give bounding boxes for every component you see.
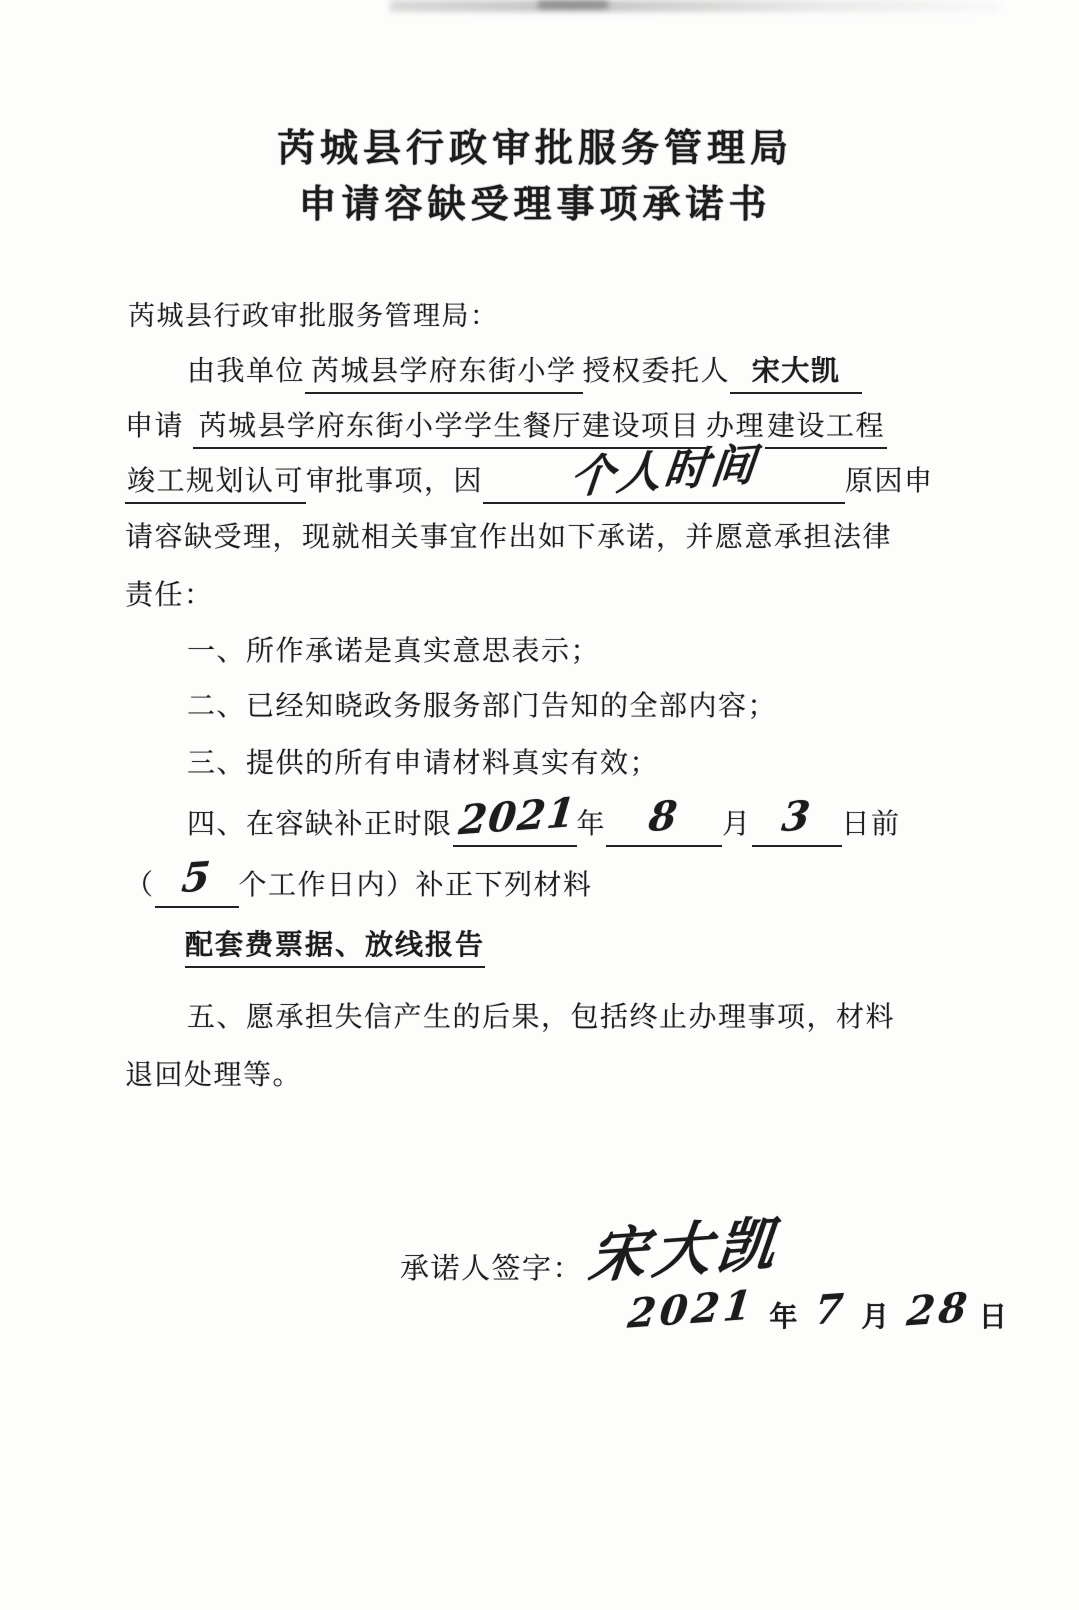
line2-middle: 办理 <box>706 411 765 442</box>
reason-blank: 个人时间 <box>483 462 845 504</box>
body-line-5: 责任： <box>125 576 945 616</box>
month-label: 月 <box>722 809 752 840</box>
bracket-open: （ <box>125 870 155 901</box>
document-title-line2: 申请容缺受理事项承诺书 <box>125 182 945 228</box>
body-line-3: 竣工规划认可审批事项，因个人时间原因申 <box>125 462 945 504</box>
line2-prefix: 申请 <box>125 411 184 442</box>
bracket-rest: 个工作日内）补正下列材料 <box>239 870 593 901</box>
signature-label: 承诺人签字： <box>400 1253 583 1285</box>
date-month-label: 月 <box>861 1298 893 1338</box>
item4-bracket-line: （5个工作日内）补正下列材料 <box>125 866 945 908</box>
date-day-label: 日 <box>979 1298 1011 1338</box>
working-days-handwritten: 5 <box>181 865 213 891</box>
scan-artifact-smudge <box>538 0 608 9</box>
document-title-line1: 芮城县行政审批服务管理局 <box>125 126 945 172</box>
approval-item-blank-part1: 建设工程 <box>765 407 887 449</box>
commitment-item-5-line2: 退回处理等。 <box>125 1056 945 1096</box>
month-blank: 8 <box>606 805 722 847</box>
month-handwritten: 8 <box>648 804 680 830</box>
date-month-handwritten: 7 <box>814 1297 848 1323</box>
commitment-item-3: 三、提供的所有申请材料真实有效； <box>125 744 1007 784</box>
project-name-blank: 芮城县学府东街小学学生餐厅建设项目 <box>193 407 707 449</box>
commitment-item-2: 二、已经知晓政务服务部门告知的全部内容； <box>125 687 1007 727</box>
year-handwritten: 2021 <box>457 801 577 833</box>
approval-item-blank-part2: 竣工规划认可 <box>125 462 306 504</box>
date-day-handwritten: 28 <box>906 1296 972 1325</box>
reason-handwritten: 个人时间 <box>569 451 760 492</box>
date-line: 2021年7月28日 <box>622 1298 1079 1338</box>
date-year-label: 年 <box>769 1298 801 1338</box>
commitment-item-4: 四、在容缺补正时限2021年8月3日前 <box>125 805 1007 847</box>
scanned-commitment-letter: 芮城县行政审批服务管理局 申请容缺受理事项承诺书 芮城县行政审批服务管理局： 由… <box>0 0 1079 1610</box>
date-year-handwritten: 2021 <box>627 1293 757 1326</box>
day-handwritten: 3 <box>781 804 813 830</box>
materials-line: 配套费票据、放线报告 <box>185 926 1005 968</box>
unit-name-blank: 芮城县学府东街小学 <box>305 352 583 394</box>
agent-name-blank: 宋大凯 <box>730 352 862 394</box>
year-label: 年 <box>577 809 607 840</box>
body-line-2: 申请 芮城县学府东街小学学生餐厅建设项目办理建设工程 <box>125 407 945 449</box>
salutation: 芮城县行政审批服务管理局： <box>128 296 948 336</box>
working-days-blank: 5 <box>155 866 239 908</box>
body-line-1: 由我单位芮城县学府东街小学授权委托人宋大凯 <box>125 352 1007 394</box>
signature-handwritten: 宋大凯 <box>587 1223 783 1277</box>
scan-artifact-streak <box>390 0 1000 12</box>
year-blank: 2021 <box>453 805 577 847</box>
day-label: 日前 <box>842 809 901 840</box>
body-line-4: 请容缺受理，现就相关事宜作出如下承诺，并愿意承担法律 <box>125 518 945 558</box>
line1-middle: 授权委托人 <box>583 356 731 387</box>
line3-middle: 审批事项，因 <box>306 466 483 497</box>
materials-list: 配套费票据、放线报告 <box>185 926 485 968</box>
commitment-item-1: 一、所作承诺是真实意思表示； <box>125 632 1007 672</box>
item4-prefix: 四、在容缺补正时限 <box>187 809 453 840</box>
day-blank: 3 <box>752 805 842 847</box>
commitment-item-5-line1: 五、愿承担失信产生的后果，包括终止办理事项，材料 <box>125 998 1007 1038</box>
line3-suffix: 原因申 <box>845 466 934 497</box>
line1-prefix: 由我单位 <box>187 356 305 387</box>
